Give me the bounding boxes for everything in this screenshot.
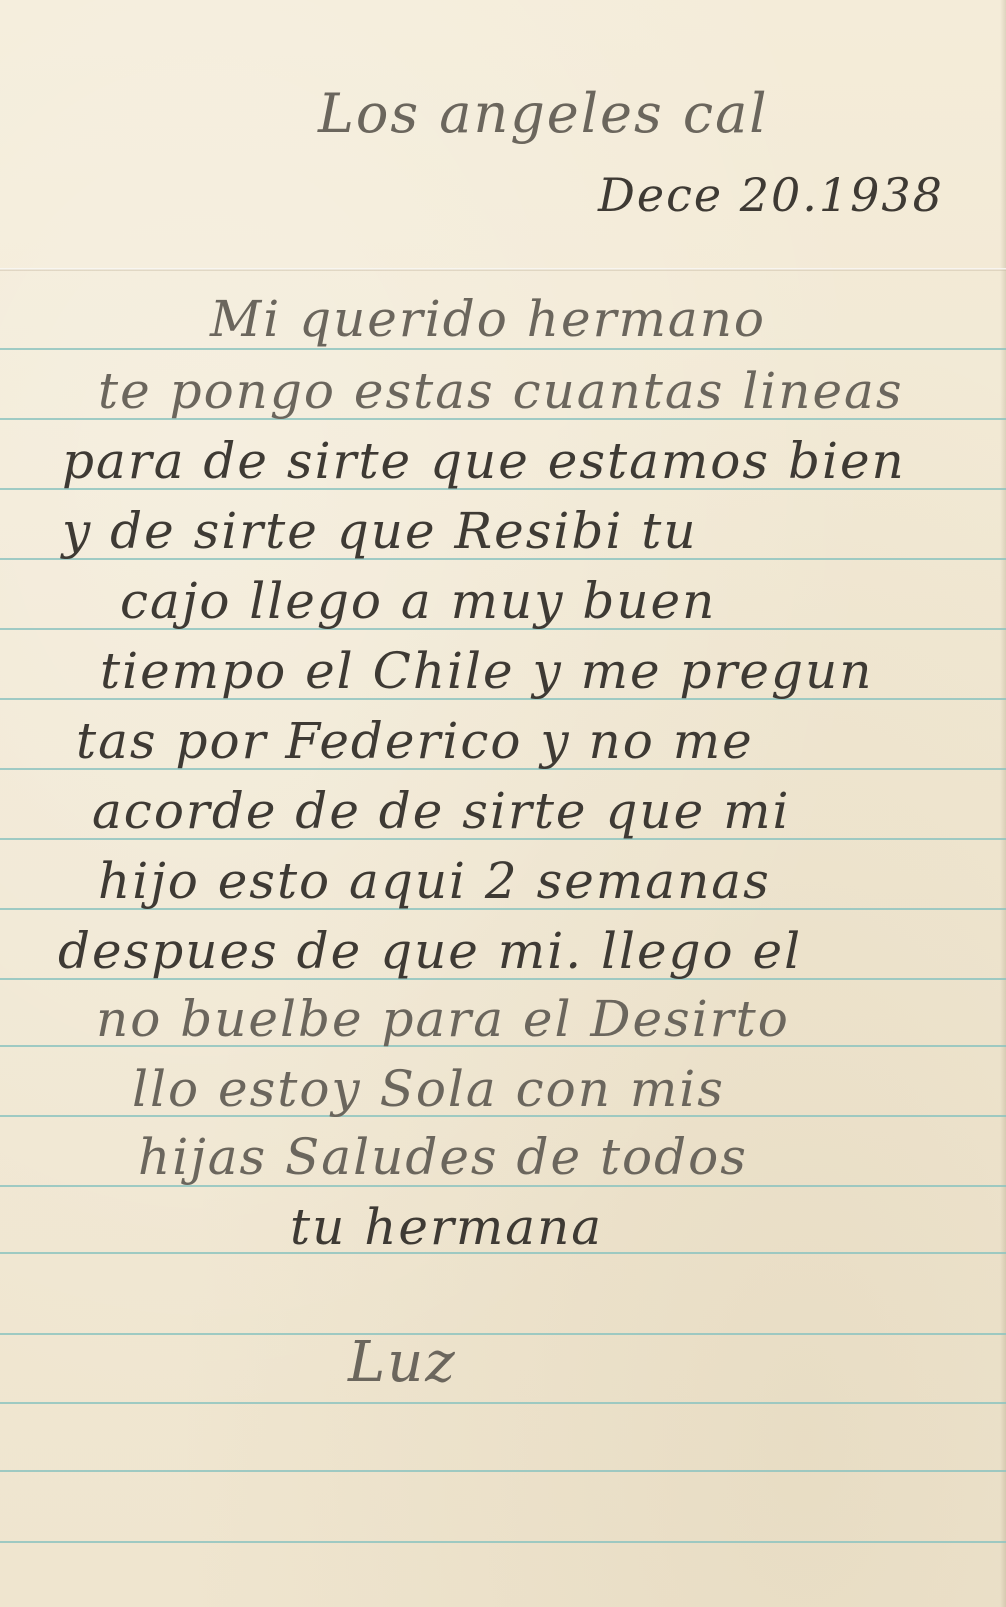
fold-crease <box>0 268 1006 271</box>
ruled-line <box>0 1402 1006 1404</box>
letter-salutation: Mi querido hermano <box>210 290 766 348</box>
letter-closing: tu hermana <box>290 1198 603 1256</box>
body-line: te pongo estas cuantas lineas <box>98 362 904 420</box>
body-line: cajo llego a muy buen <box>120 572 716 630</box>
body-line: hijas Saludes de todos <box>138 1128 748 1186</box>
ruled-line <box>0 1541 1006 1543</box>
body-line: tiempo el Chile y me pregun <box>100 642 873 700</box>
body-line: y de sirte que Resibi tu <box>62 502 698 560</box>
letter-page: Los angeles cal Dece 20.1938 Mi querido … <box>0 0 1006 1607</box>
paper-edge <box>1000 0 1006 1607</box>
ruled-line <box>0 1470 1006 1472</box>
letter-signature: Luz <box>348 1330 457 1395</box>
body-line: hijo esto aqui 2 semanas <box>98 852 771 910</box>
body-line: para de sirte que estamos bien <box>62 432 906 490</box>
letter-date: Dece 20.1938 <box>598 168 944 222</box>
body-line: acorde de de sirte que mi <box>92 782 791 840</box>
letter-place: Los angeles cal <box>318 82 769 145</box>
body-line: tas por Federico y no me <box>76 712 754 770</box>
ruled-line <box>0 1333 1006 1335</box>
ruled-line <box>0 348 1006 350</box>
body-line: no buelbe para el Desirto <box>96 990 790 1048</box>
body-line: despues de que mi. llego el <box>58 922 802 980</box>
body-line: llo estoy Sola con mis <box>132 1060 725 1118</box>
